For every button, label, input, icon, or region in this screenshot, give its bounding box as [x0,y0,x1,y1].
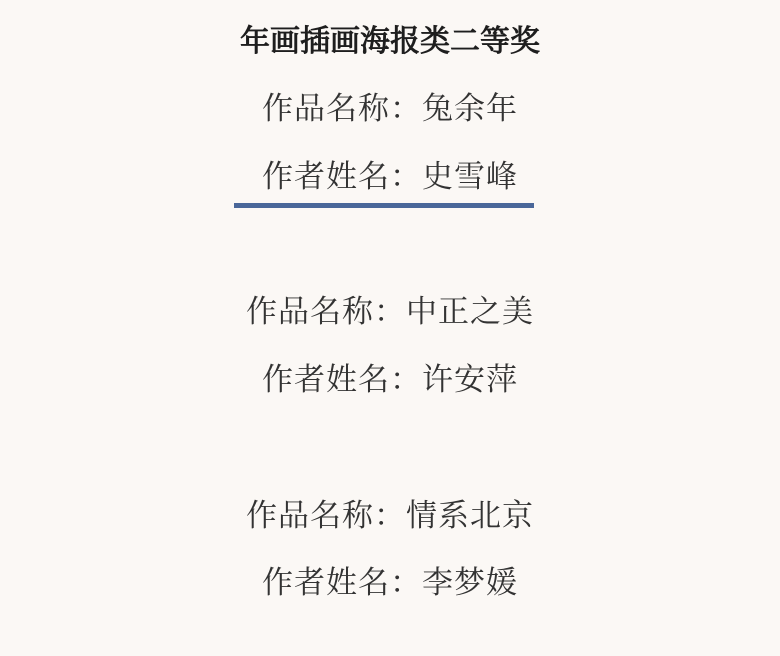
work-name: 情系北京 [406,498,534,534]
author-label: 作者姓名： [262,362,422,398]
work-label: 作品名称： [246,498,406,534]
author-name: 李梦媛 [422,565,518,601]
entry-1-work: 作品名称：兔余年 [0,89,780,129]
work-name: 中正之美 [406,294,534,330]
work-label: 作品名称： [262,91,422,127]
entry-2-author: 作者姓名：许安萍 [0,360,780,400]
work-label: 作品名称： [246,294,406,330]
work-name: 兔余年 [422,91,518,127]
entry-2-work: 作品名称：中正之美 [0,292,780,332]
author-label: 作者姓名： [262,565,422,601]
entry-3-author: 作者姓名：李梦媛 [0,563,780,603]
author-name: 许安萍 [422,362,518,398]
author-label: 作者姓名： [262,159,422,195]
entry-1-author: 作者姓名：史雪峰 [0,157,780,197]
entry-3-work: 作品名称：情系北京 [0,496,780,536]
award-title: 年画插画海报类二等奖 [0,22,780,62]
author-name: 史雪峰 [422,159,518,195]
highlight-underline [234,203,534,208]
